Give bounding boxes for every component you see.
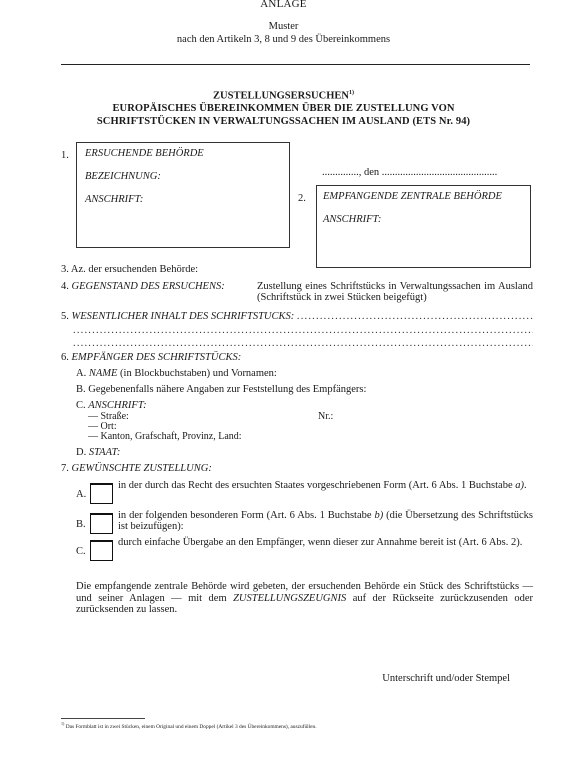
- region-field[interactable]: — Kanton, Grafschaft, Provinz, Land:: [88, 431, 242, 443]
- option-letter: C.: [76, 546, 86, 559]
- address-label: ANSCHRIFT:: [88, 400, 146, 411]
- designation-field-label: BEZEICHNUNG:: [85, 171, 161, 184]
- footnote-marker: 1): [349, 90, 354, 96]
- content-label: WESENTLICHER INHALT DES SCHRIFTSTÜCKS:: [72, 311, 295, 322]
- closing-paragraph: Die empfangende zentrale Behörde wird ge…: [76, 581, 533, 616]
- model-label: Muster: [0, 21, 567, 34]
- footnote: 1) Das Formblatt ist in zwei Stücken, ei…: [61, 722, 317, 730]
- receiving-authority-box[interactable]: EMPFANGENDE ZENTRALE BEHÖRDE ANSCHRIFT:: [316, 185, 531, 268]
- state-label: STAAT:: [89, 447, 121, 458]
- subject-text: Zustellung eines Schriftstücks in Verwal…: [257, 281, 533, 303]
- state-field[interactable]: D. STAAT:: [76, 447, 120, 460]
- subject-label: GEGENSTAND DES ERSUCHENS:: [72, 281, 225, 292]
- addressee-name-field[interactable]: A. NAME (in Blockbuchstaben) und Vorname…: [76, 368, 277, 381]
- receiving-address-field-label: ANSCHRIFT:: [323, 214, 381, 227]
- addressee-label: EMPFÄNGER DES SCHRIFTSTÜCKS:: [72, 352, 242, 363]
- name-label-rest: (in Blockbuchstaben) und Vornamen:: [117, 368, 276, 379]
- option-c-checkbox[interactable]: [90, 540, 113, 561]
- item-number: 5.: [61, 311, 69, 322]
- requesting-authority-heading: ERSUCHENDE BEHÖRDE: [85, 148, 204, 161]
- signature-stamp-field[interactable]: Unterschrift und/oder Stempel: [0, 673, 510, 686]
- option-b-checkbox[interactable]: [90, 513, 113, 534]
- service-option-a: A. in der durch das Recht des ersuchten …: [76, 483, 533, 509]
- sub-letter: C.: [76, 400, 86, 411]
- content-dotted-line-3[interactable]: ........................................…: [73, 338, 533, 351]
- sub-letter: A.: [76, 368, 86, 379]
- content-dotted-line: ........................................…: [297, 311, 533, 322]
- section-number-1: 1.: [61, 150, 69, 163]
- form-title: ZUSTELLUNGSERSUCHEN1): [0, 90, 567, 103]
- convention-title-line1: EUROPÄISCHES ÜBEREINKOMMEN ÜBER DIE ZUST…: [0, 103, 567, 116]
- reference-number-field[interactable]: 3. Az. der ersuchenden Behörde:: [61, 264, 198, 277]
- item-number: 3.: [61, 264, 69, 275]
- name-label: NAME: [89, 368, 118, 379]
- content-dotted-line-2[interactable]: ........................................…: [73, 325, 533, 338]
- service-method-label: GEWÜNSCHTE ZUSTELLUNG:: [72, 463, 212, 474]
- model-subtitle: nach den Artikeln 3, 8 und 9 des Überein…: [0, 34, 567, 47]
- item-number: 6.: [61, 352, 69, 363]
- item-number: 4.: [61, 281, 69, 292]
- receiving-authority-heading: EMPFANGENDE ZENTRALE BEHÖRDE: [323, 191, 502, 204]
- address-field-label: ANSCHRIFT:: [85, 194, 143, 207]
- footnote-divider: [61, 718, 145, 719]
- header-divider: [61, 64, 530, 65]
- option-c-text: durch einfache Übergabe an den Empfänger…: [118, 537, 533, 548]
- item-number: 7.: [61, 463, 69, 474]
- addressee-heading: 6. EMPFÄNGER DES SCHRIFTSTÜCKS:: [61, 352, 241, 365]
- option-letter: A.: [76, 489, 86, 502]
- place-date-field[interactable]: .............., den ....................…: [322, 167, 532, 180]
- option-letter: B.: [76, 519, 86, 532]
- option-b-text: in der folgenden besonderen Form (Art. 6…: [118, 510, 533, 532]
- form-title-text: ZUSTELLUNGSERSUCHEN: [213, 91, 349, 102]
- option-a-text: in der durch das Recht des ersuchten Sta…: [118, 480, 533, 491]
- footnote-text: Das Formblatt ist in zwei Stücken, einem…: [64, 724, 316, 730]
- service-method-heading: 7. GEWÜNSCHTE ZUSTELLUNG:: [61, 463, 212, 476]
- annex-label: ANLAGE: [0, 0, 567, 11]
- requesting-authority-box[interactable]: ERSUCHENDE BEHÖRDE BEZEICHNUNG: ANSCHRIF…: [76, 142, 290, 248]
- house-number-field[interactable]: Nr.:: [318, 411, 333, 423]
- service-option-b: B. in der folgenden besonderen Form (Art…: [76, 513, 533, 539]
- sub-letter: D.: [76, 447, 86, 458]
- convention-title-line2: SCHRIFTSTÜCKEN IN VERWALTUNGSSACHEN IM A…: [0, 116, 567, 129]
- reference-label: Az. der ersuchenden Behörde:: [71, 264, 198, 275]
- option-a-checkbox[interactable]: [90, 483, 113, 504]
- certificate-term: ZUSTELLUNGSZEUGNIS: [233, 593, 346, 604]
- addressee-details-field[interactable]: B. Gegebenenfalls nähere Angaben zur Fes…: [76, 384, 366, 397]
- section-number-2: 2.: [298, 193, 306, 206]
- service-option-c: C. durch einfache Übergabe an den Empfän…: [76, 540, 533, 566]
- document-content-field[interactable]: 5. WESENTLICHER INHALT DES SCHRIFTSTÜCKS…: [61, 311, 533, 324]
